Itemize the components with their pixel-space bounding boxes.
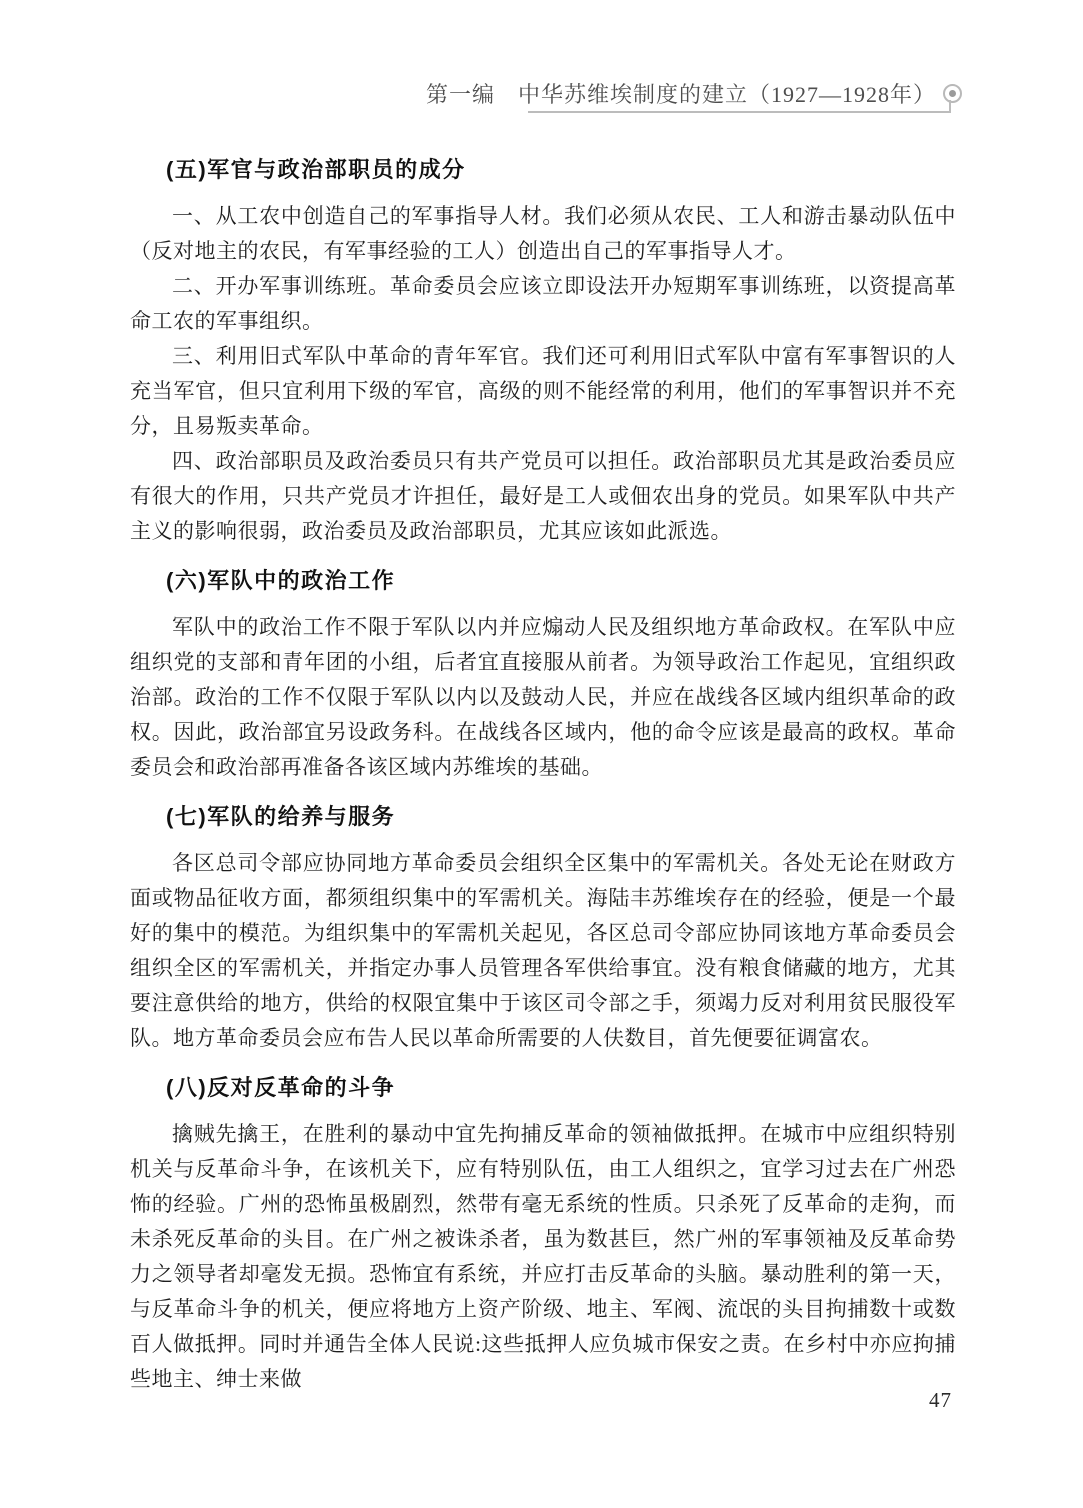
section-heading: (五)军官与政治部职员的成分 [166, 152, 956, 187]
section-heading: (八)反对反革命的斗争 [166, 1070, 956, 1105]
section-6: (六)军队中的政治工作 军队中的政治工作不限于军队以内并应煽动人民及组织地方革命… [130, 563, 956, 785]
paragraph: 四、政治部职员及政治委员只有共产党员可以担任。政治部职员尤其是政治委员应有很大的… [130, 444, 956, 549]
paragraph: 一、从工农中创造自己的军事指导人材。我们必须从农民、工人和游击暴动队伍中（反对地… [130, 199, 956, 269]
header-divider-connector [949, 100, 951, 113]
bullet-circle-icon [943, 84, 962, 103]
running-header: 第一编 中华苏维埃制度的建立（1927—1928年） [426, 78, 962, 108]
section-heading: (七)军队的给养与服务 [166, 799, 956, 834]
section-7: (七)军队的给养与服务 各区总司令部应协同地方革命委员会组织全区集中的军需机关。… [130, 799, 956, 1056]
paragraph: 各区总司令部应协同地方革命委员会组织全区集中的军需机关。各处无论在财政方面或物品… [130, 846, 956, 1056]
book-page: 第一编 中华苏维埃制度的建立（1927—1928年） (五)军官与政治部职员的成… [0, 0, 1083, 1508]
header-divider [528, 111, 951, 113]
paragraph: 三、利用旧式军队中革命的青年军官。我们还可利用旧式军队中富有军事智识的人充当军官… [130, 339, 956, 444]
paragraph: 二、开办军事训练班。革命委员会应该立即设法开办短期军事训练班，以资提高革命工农的… [130, 269, 956, 339]
section-heading: (六)军队中的政治工作 [166, 563, 956, 598]
section-8: (八)反对反革命的斗争 擒贼先擒王，在胜利的暴动中宜先拘捕反革命的领袖做抵押。在… [130, 1070, 956, 1397]
page-content: (五)军官与政治部职员的成分 一、从工农中创造自己的军事指导人材。我们必须从农民… [130, 152, 956, 1397]
paragraph: 军队中的政治工作不限于军队以内并应煽动人民及组织地方革命政权。在军队中应组织党的… [130, 610, 956, 785]
running-header-text: 第一编 中华苏维埃制度的建立（1927—1928年） [426, 78, 936, 109]
paragraph: 擒贼先擒王，在胜利的暴动中宜先拘捕反革命的领袖做抵押。在城市中应组织特别机关与反… [130, 1117, 956, 1397]
section-5: (五)军官与政治部职员的成分 一、从工农中创造自己的军事指导人材。我们必须从农民… [130, 152, 956, 549]
page-number: 47 [929, 1388, 952, 1413]
bullet-dot-icon [949, 90, 956, 97]
